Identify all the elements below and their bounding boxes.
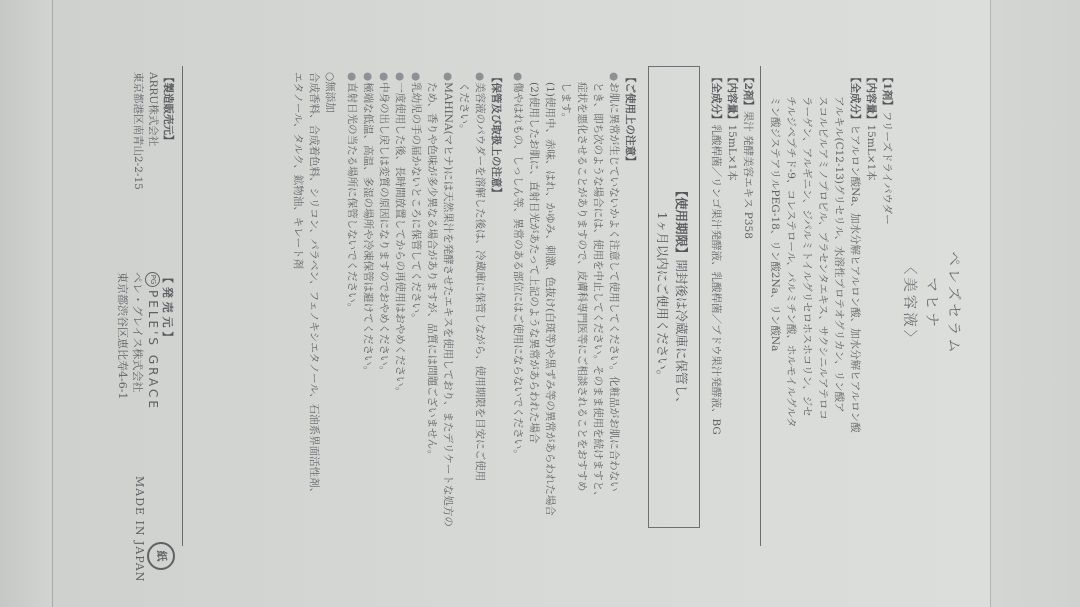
storage-item: 一度使用した後、長時間放置してからの再使用はおやめください。 xyxy=(392,72,408,592)
distributor-block: 【 発 売 元 】 PGPELE'S GRACE ペレ・グレイス株式会社 東京都… xyxy=(115,272,175,411)
caution-item: 症状を悪化させることがありますので、皮膚科専門医等にご相談されることをおすすめ xyxy=(574,72,590,592)
ingredients-line: スコルビルアミノプロピル、プラセンタエキス、サクシニルアテロコ xyxy=(815,72,831,592)
storage-item: ため、香りや色味が多少異なる場合がありますが、品質には問題ございません。 xyxy=(424,72,440,592)
caution-item: とき、即ち次のような場合には、使用を中止してください。そのまま使用を続けますと、 xyxy=(590,72,606,592)
agent1-volume-row: 【内容量】15mL×1本 xyxy=(863,72,879,592)
caution-item: (1)使用中、赤味、はれ、かゆみ、刺激、色抜け(白斑等)や黒ずみ等の異常があらわ… xyxy=(542,72,558,592)
manufacturer-company: ARRU株式会社 xyxy=(145,72,160,190)
caution-item: します。 xyxy=(558,72,574,592)
product-title: ペレズセラム マヒナ 〈美容液〉 xyxy=(898,0,964,607)
free-from-heading: ○無添加 xyxy=(322,72,338,592)
caution-item: 傷やはれもの、しっしん等、異常のある部位にはご使用にならないでください。 xyxy=(510,72,526,592)
ingredients-line: チルジペプチド-9、コレステロール、パルミチン酸、ホルモイルグルタ xyxy=(783,72,799,592)
agent2-ingredients-row: 【全成分】乳酸桿菌／リンゴ果汁発酵液、乳酸桿菌／ブドウ果汁発酵液、BG xyxy=(708,72,724,592)
ingredients-line: ミン酸ジステアリルPEG-18、リン酸2Na、リン酸Na xyxy=(767,72,783,592)
agent2-volume-row: 【内容量】15mL×1本 xyxy=(724,72,740,592)
manufacturer-address: 東京都港区南青山2-2-15 xyxy=(130,72,145,190)
agent1-row: 【1剤】フリーズドライパウダー xyxy=(879,72,895,592)
company-info: 【製造販売元】 ARRU株式会社 東京都港区南青山2-2-15 【 発 売 元 … xyxy=(75,72,175,592)
rotated-label-content: ペレズセラム マヒナ 〈美容液〉 【1剤】フリーズドライパウダー 【内容量】15… xyxy=(53,0,990,607)
expiry-notice-box: 【使用期限】開封後は冷蔵庫に保管し、 1ヶ月以内にご使用ください。 xyxy=(648,66,700,528)
manufacturer-block: 【製造販売元】 ARRU株式会社 東京都港区南青山2-2-15 xyxy=(130,72,175,190)
distributor-address: 東京都渋谷区恵比寿4-6-1 xyxy=(115,272,130,411)
ingredients-line: アルキル(C12-13)グリセリル、水溶性プロテオグリカン、リン酸ア xyxy=(831,72,847,592)
caution-item: お肌に異常が生じていないかよく注意して使用してください。化粧品がお肌に合わない xyxy=(606,72,622,592)
divider xyxy=(182,66,183,546)
storage-item: 乳幼児の手の届かないところに保管してください。 xyxy=(408,72,424,592)
product-type-line: 〈美容液〉 xyxy=(898,0,920,607)
storage-item: 極端な低温、高温、多湿の場所や冷凍保管は避けてください。 xyxy=(360,72,376,592)
caution-item: (2)使用したお肌に、直射日光があたって上記のような異常があらわれた場合 xyxy=(526,72,542,592)
distributor-brand-row: PGPELE'S GRACE xyxy=(145,272,160,411)
brand-line: ペレズセラム xyxy=(942,0,964,607)
paper-recycle-icon: 紙 xyxy=(147,542,175,570)
expiry-line2: 1ヶ月以内にご使用ください。 xyxy=(653,67,672,527)
box-left-flap xyxy=(0,0,53,607)
divider xyxy=(760,66,761,546)
product-name-line: マヒナ xyxy=(920,0,942,607)
distributor-company: ペレ・グレイス株式会社 xyxy=(130,272,145,411)
free-from-line: エタノール、タルク、鉱物油、キレート剤 xyxy=(290,72,306,592)
storage-item: 直射日光の当たる場所に保管しないでください。 xyxy=(344,72,360,592)
label-body: 【1剤】フリーズドライパウダー 【内容量】15mL×1本 【全成分】ヒアルロン酸… xyxy=(290,72,895,592)
manufacturer-heading: 【製造販売元】 xyxy=(160,72,175,190)
storage-item: 美容液のパウダーを溶解した後は、冷蔵庫に保管しながら、使用期限を目安にご使用 xyxy=(472,72,488,592)
box-right-flap xyxy=(990,0,1080,607)
free-from-line: 合成香料、合成着色料、シリコン、パラベン、フェノキシエタノール、石油系界面活性剤… xyxy=(306,72,322,592)
made-in-japan: MADE IN JAPAN xyxy=(131,476,147,582)
storage-item: MAHINA(マヒナ)には天然果汁を発酵させたエキスを使用しており、またデリケー… xyxy=(440,72,456,592)
storage-item: ください。 xyxy=(456,72,472,592)
storage-cautions-heading: 【保管及び取扱上の注意】 xyxy=(488,72,504,592)
storage-item: 中身の出し戻しは変質の原因になりますのでおやめください。 xyxy=(376,72,392,592)
agent1-ingredients-row: 【全成分】ヒアルロン酸Na、加水分解ヒアルロン酸、加水分解ヒアルロン酸 xyxy=(847,72,863,592)
distributor-heading: 【 発 売 元 】 xyxy=(160,272,175,411)
pg-logo-icon: PG xyxy=(145,272,160,287)
ingredients-line: ラーゲン、アルギニン、ジパルミトイルグリセロホスホコリン、ジセ xyxy=(799,72,815,592)
usage-cautions-heading: 【ご使用上の注意】 xyxy=(622,72,638,592)
agent2-row: 【2剤】果汁 発酵美容エキス P358 xyxy=(740,72,756,592)
